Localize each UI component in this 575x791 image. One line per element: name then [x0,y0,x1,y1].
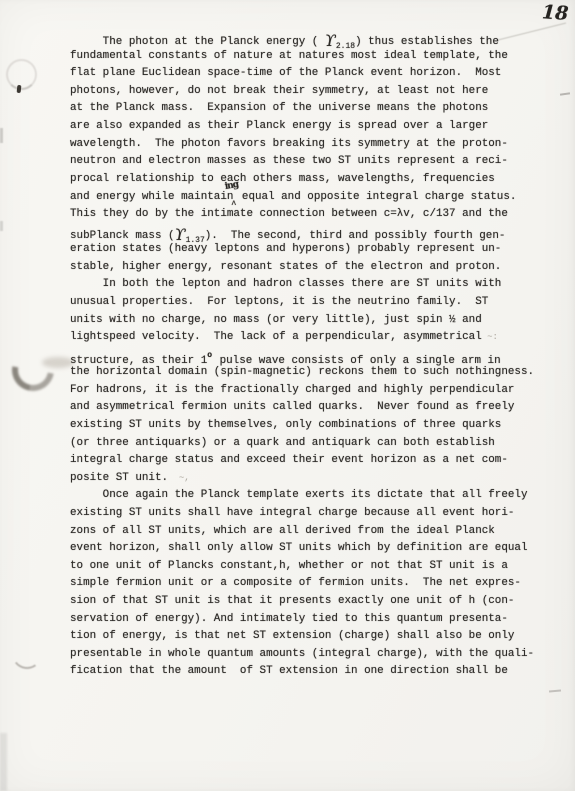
text-line: procal relationship to each others mass,… [70,171,548,189]
text-line: and asymmetrical fermion units called qu… [70,399,548,417]
text-line: photons, however, do not break their sym… [70,83,548,101]
text-line: flat plane Euclidean space-time of the P… [70,65,548,83]
edge-mark [560,92,570,95]
edge-mark [0,221,3,231]
text-line: at the Planck mass. Expansion of the uni… [70,100,548,118]
hole-punch-smudge [4,341,62,399]
line-text: equal and opposite integral charge statu… [235,191,516,203]
text-line: integral charge status and exceed their … [70,452,548,470]
text-line: existing ST units by themselves, only co… [70,417,548,435]
text-line: neutron and electron masses as these two… [70,153,548,171]
text-line: and energy while maintainingʌ equal and … [70,188,548,206]
text-line: to one unit of Plancks constant,h, wheth… [70,558,548,576]
text-line: fication that the amount of ST extension… [70,663,548,681]
text-line: existing ST units shall have integral ch… [70,505,548,523]
text-line: (or three antiquarks) or a quark and ant… [70,435,548,453]
text-line: wavelength. The photon favors breaking i… [70,136,548,154]
hole-punch-ring [6,59,37,90]
gamma-upsilon-symbol: ϒ [175,225,186,244]
edge-mark [549,689,561,692]
text-line: presentable in whole quantum amounts (in… [70,646,548,664]
scan-edge-shadow [0,733,7,791]
text-line: The photon at the Planck energy ( ϒ2.18)… [70,30,548,48]
typewritten-text-block: The photon at the Planck energy ( ϒ2.18)… [70,30,548,681]
text-line: For hadrons, it is the fractionally char… [70,382,548,400]
text-line: are also expanded as their Planck energy… [70,118,548,136]
text-line: posite ST unit. ~, [70,470,548,488]
scanned-document-page: 18 The photon at the Planck energy ( ϒ2.… [0,0,575,791]
insertion-caret-icon: ʌ [231,195,236,213]
text-line: eration states (heavy leptons and hypero… [70,241,548,259]
text-line: event horizon, shall only allow ST units… [70,540,548,558]
text-line: units with no charge, no mass (or very l… [70,312,548,330]
text-line: servation of energy). And intimately tie… [70,611,548,629]
text-line: Once again the Planck template exerts it… [70,487,548,505]
text-line: fundamental constants of nature at natur… [70,48,548,66]
text-line: zons of all ST units, which are all deri… [70,523,548,541]
text-line: sion of that ST unit is that it presents… [70,593,548,611]
line-text: The photon at the Planck energy ( [70,36,325,48]
text-line: simple fermion unit or a composite of fe… [70,575,548,593]
text-line: This they do by the intimate connection … [70,206,548,224]
edge-mark [0,128,3,143]
page-number: 18 [541,1,569,25]
text-line: lightspeed velocity. The lack of a perpe… [70,329,548,347]
text-line: subPlanck mass (ϒ1.37). The second, thir… [70,224,548,242]
handwritten-insertion: ingʌ [233,188,235,199]
text-line: In both the lepton and hadron classes th… [70,276,548,294]
handwritten-superscript-o: o [207,351,212,360]
line-text: lightspeed velocity. The lack of a perpe… [70,331,482,343]
faint-smudge-mark: ~, [168,473,190,483]
text-line: structure, as their 1o pulse wave consis… [70,347,548,365]
text-line: unusual properties. For leptons, it is t… [70,294,548,312]
line-text: and energy while maintain [70,191,233,203]
faint-smudge-mark: ~: [482,332,498,342]
hole-punch-mark [17,85,22,93]
line-text: ) thus establishes the [355,36,499,48]
line-text: posite ST unit. [70,472,168,484]
line-text: ). The second, third and possibly fourth… [205,230,506,242]
text-line: stable, higher energy, resonant states o… [70,259,548,277]
hole-punch-arc [10,637,44,671]
text-line: the horizontal domain (spin-magnetic) re… [70,364,548,382]
text-line: tion of energy, is that net ST extension… [70,628,548,646]
line-text: subPlanck mass ( [70,230,175,242]
gamma-upsilon-symbol: ϒ [325,31,336,50]
